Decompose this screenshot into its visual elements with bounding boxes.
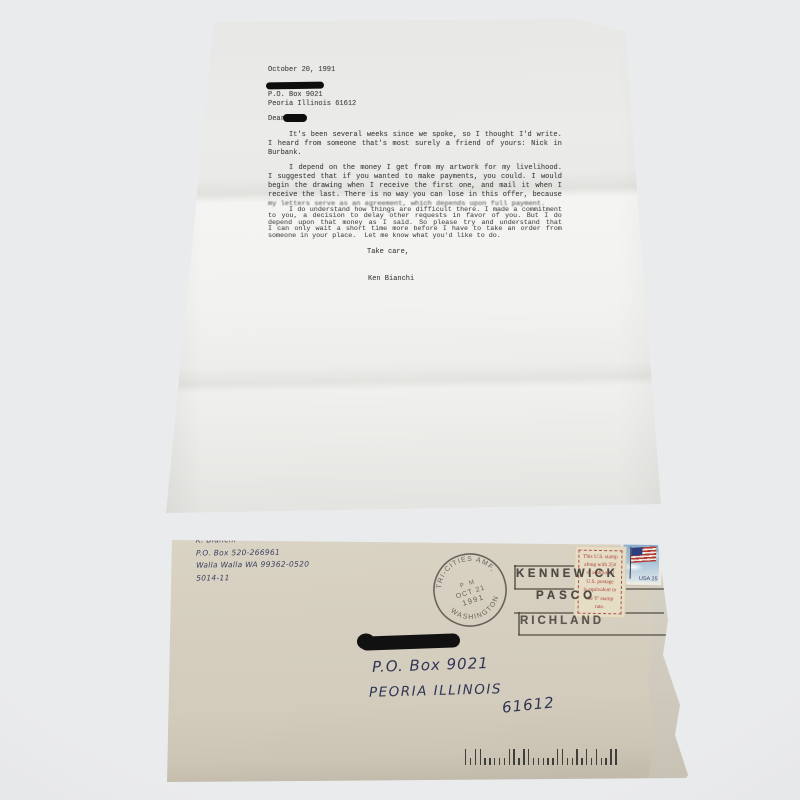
flag-stamp-denomination: USA 25 — [639, 576, 658, 582]
barcode-bar — [547, 758, 548, 765]
barcode-bar — [562, 749, 563, 765]
letter-text: October 20, 1991 P.O. Box 9021 Peoria Il… — [268, 66, 568, 486]
makeup-stamp-text: This U.S. stampalong with 25¢of addition… — [577, 550, 622, 615]
barcode-bar — [615, 749, 616, 765]
letter-city-line: Peoria Illinois 61612 — [268, 100, 356, 108]
barcode-bar — [528, 749, 529, 765]
barcode-bar — [567, 758, 568, 765]
letter-line: Burbank. — [268, 149, 562, 158]
letter-line: Isuggestedthatifyouwantedtomakepayments,… — [268, 173, 562, 182]
barcode-bar — [576, 749, 577, 765]
barcode-bar — [480, 749, 481, 765]
recipient-city: PEORIA ILLINOIS — [369, 681, 502, 700]
slogan-cancel-line: KENNEWICK — [516, 568, 618, 580]
recipient-zip: 61612 — [501, 693, 555, 716]
barcode-bar — [601, 758, 602, 765]
barcode-bar — [465, 749, 466, 765]
letter-paragraph: Idounderstandhowthingsaredifficultthere.… — [268, 207, 562, 240]
envelope: K. BianchiP.O. Box 520-266961Walla Walla… — [162, 532, 694, 788]
letter-line: Iheardfromsomeonethat'smostsurelyafriend… — [268, 140, 562, 149]
barcode-bar — [504, 758, 505, 765]
letter-line: IdependonthemoneyIgetfrommyartworkformyl… — [268, 164, 562, 173]
slogan-cancel-line: RICHLAND — [520, 615, 604, 627]
barcode-bar — [605, 758, 606, 765]
return-address-line: Walla Walla WA 99362-0520 — [196, 558, 309, 572]
barcode-bar — [470, 758, 471, 765]
barcode-bar — [586, 749, 587, 765]
postmark-stamp: TRI-CITIES AMF, WASHINGTON P M OCT 21 19… — [417, 537, 523, 643]
redacted-recipient-name — [283, 114, 307, 122]
typed-letter: October 20, 1991 P.O. Box 9021 Peoria Il… — [158, 14, 668, 519]
barcode-bar — [509, 749, 510, 765]
postnet-barcode — [465, 748, 617, 765]
makeup-rate-stamp: This U.S. stampalong with 25¢of addition… — [573, 546, 626, 619]
redacted-recipient-bar — [360, 633, 460, 650]
makeup-stamp-line: rate. — [578, 603, 620, 612]
us-flag — [631, 546, 656, 563]
barcode-bar — [552, 758, 553, 765]
barcode-bar — [523, 749, 524, 765]
return-address-line: K. Bianchi — [196, 533, 309, 547]
barcode-bar — [489, 758, 490, 765]
letter-signature: Ken Bianchi — [368, 275, 414, 283]
letter-date: October 20, 1991 — [268, 66, 335, 74]
barcode-bar — [494, 758, 495, 765]
barcode-bar — [518, 758, 519, 765]
flag-stamp-sky: USA 25 — [622, 543, 659, 583]
barcode-bar — [484, 758, 485, 765]
barcode-bar — [557, 749, 558, 765]
letter-paragraph: IdependonthemoneyIgetfrommyartworkformyl… — [268, 164, 562, 209]
letter-po-box: P.O. Box 9021 — [268, 91, 323, 99]
letter-closing: Take care, — [367, 248, 409, 256]
barcode-bar — [610, 749, 611, 765]
letter-line: beginthedrawingwhenIreceivethefirstone,a… — [268, 182, 562, 191]
photo-of-letter-and-envelope: October 20, 1991 P.O. Box 9021 Peoria Il… — [0, 0, 800, 800]
barcode-bar — [533, 758, 534, 765]
return-address-line: 5014-11 — [196, 571, 309, 585]
flag-canton — [631, 547, 642, 555]
cancel-bar — [518, 634, 684, 636]
barcode-bar — [591, 758, 592, 765]
barcode-bar — [596, 749, 597, 765]
letter-paragraph: It'sbeenseveralweekssincewespoke,soIthou… — [268, 131, 562, 158]
letter-line: It'sbeenseveralweekssincewespoke,soIthou… — [268, 131, 562, 140]
barcode-bar — [543, 758, 544, 765]
recipient-po-box: P.O. Box 9021 — [372, 654, 489, 676]
return-address-line: P.O. Box 520-266961 — [196, 546, 309, 560]
letter-line: someone in your place. Let me know what … — [268, 233, 562, 240]
letter-line: receivethelast.Thereisnowayyoucanloseint… — [268, 191, 562, 200]
barcode-bar — [581, 758, 582, 765]
barcode-bar — [513, 749, 514, 765]
return-address: K. BianchiP.O. Box 520-266961Walla Walla… — [196, 533, 310, 584]
redacted-name-bar — [266, 81, 324, 89]
slogan-cancel-line: PASCO — [536, 590, 596, 602]
barcode-bar — [572, 758, 573, 765]
barcode-bar — [538, 758, 539, 765]
barcode-bar — [475, 749, 476, 765]
barcode-bar — [499, 758, 500, 765]
